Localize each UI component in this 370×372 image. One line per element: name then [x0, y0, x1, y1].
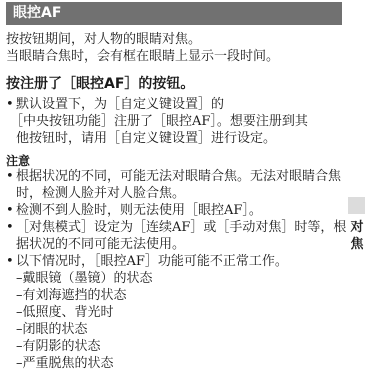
condition-item: –有刘海遮挡的状态 [16, 287, 127, 304]
bullet-text: ［对焦模式］设定为［连续AF］或［手动对焦］时等，根 [16, 220, 346, 235]
bullet-marker: • [6, 219, 16, 236]
note-bullet-2: •检测不到人脸时，则无法使用［眼控AF］。 [6, 202, 262, 219]
intro-line-1: 按按钮期间，对人物的眼睛对焦。 [6, 31, 201, 48]
condition-item: –戴眼镜（墨镜）的状态 [16, 270, 153, 287]
condition-item: –低照度、背光时 [16, 304, 114, 321]
chapter-tab-label: 对 焦 [348, 219, 366, 253]
note-bullet-1: •根据状况的不同，可能无法对眼睛合焦。无法对眼睛合焦 [6, 168, 341, 185]
bullet-marker: • [6, 168, 16, 185]
default-setting-bullet: •默认设置下，为［自定义键设置］的 [6, 96, 224, 113]
bullet-marker: • [6, 96, 16, 113]
bullet-text: 默认设置下，为［自定义键设置］的 [16, 97, 224, 112]
bullet-text: 以下情况时，［眼控AF］功能可能不正常工作。 [16, 254, 288, 269]
bullet-text: 检测不到人脸时，则无法使用［眼控AF］。 [16, 203, 262, 218]
intro-line-2: 当眼睛合焦时，会有框在眼睛上显示一段时间。 [6, 48, 279, 65]
note-bullet-1-line-2: 时，检测人脸并对人脸合焦。 [16, 185, 185, 202]
note-bullet-3-line-2: 据状况的不同可能无法使用。 [16, 236, 185, 253]
section-header-bar: 眼控AF [6, 2, 342, 25]
chapter-tab-marker [348, 197, 365, 214]
condition-item: –闭眼的状态 [16, 321, 88, 338]
section-title: 眼控AF [13, 4, 61, 23]
note-bullet-4: •以下情况时，［眼控AF］功能可能不正常工作。 [6, 253, 288, 270]
chapter-tab-label-line-1: 对 [348, 219, 366, 236]
bullet-marker: • [6, 202, 16, 219]
condition-item: –有阴影的状态 [16, 338, 101, 355]
default-setting-line-3: 他按钮时，请用［自定义键设置］进行设定。 [16, 130, 276, 147]
bullet-marker: • [6, 253, 16, 270]
default-setting-line-2: ［中央按钮功能］注册了［眼控AF］。想要注册到其 [10, 113, 308, 130]
note-bullet-3: •［对焦模式］设定为［连续AF］或［手动对焦］时等，根 [6, 219, 346, 236]
bullet-text: 根据状况的不同，可能无法对眼睛合焦。无法对眼睛合焦 [16, 169, 341, 184]
condition-item: –严重脱焦的状态 [16, 355, 114, 372]
chapter-tab-label-line-2: 焦 [348, 236, 366, 253]
step-heading: 按注册了［眼控AF］的按钮。 [6, 76, 194, 93]
